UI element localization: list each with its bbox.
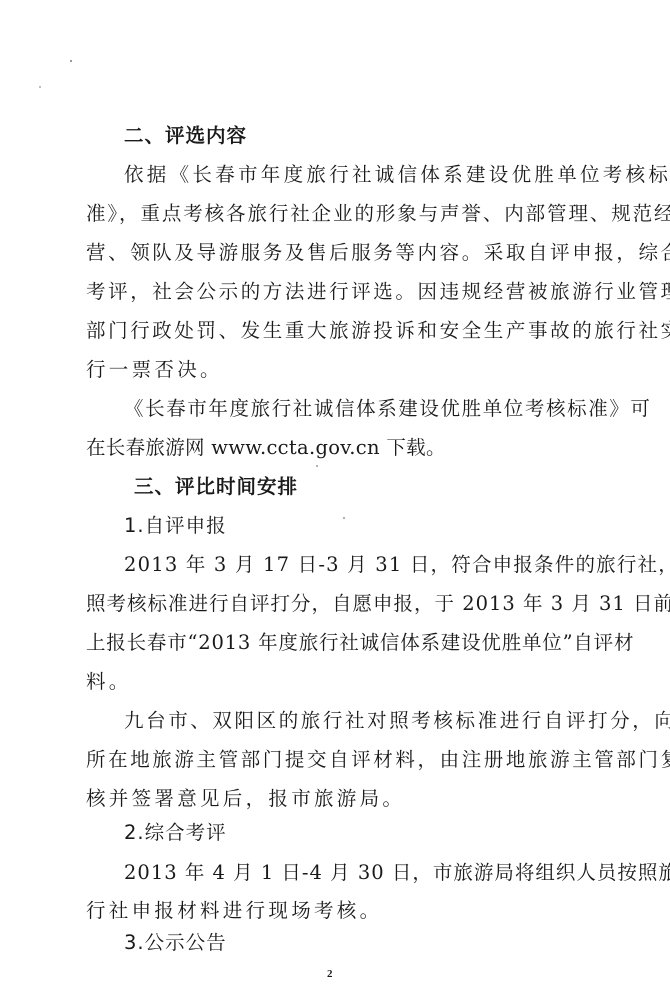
- scan-speck: [39, 86, 41, 88]
- paragraph-line: 《长春市年度旅行社诚信体系建设优胜单位考核标准》可: [124, 397, 652, 421]
- paragraph-line: 部门行政处罚、发生重大旅游投诉和安全生产事故的旅行社实: [86, 319, 670, 343]
- subsection-title: 1.自评申报: [124, 514, 227, 538]
- paragraph-line: 核并签署意见后，报市旅游局。: [86, 787, 405, 811]
- subsection-title: 3.公示公告: [124, 931, 227, 955]
- paragraph-line: 2013 年 4 月 1 日-4 月 30 日，市旅游局将组织人员按照旅: [124, 861, 670, 885]
- paragraph-line: 照考核标准进行自评打分，自愿申报，于 2013 年 3 月 31 日前: [86, 592, 670, 616]
- paragraph-line: 依据《长春市年度旅行社诚信体系建设优胜单位考核标: [124, 163, 670, 187]
- paragraph-line: 所在地旅游主管部门提交自评材料，由注册地旅游主管部门复: [86, 748, 670, 772]
- paragraph-line: 在长春旅游网 www.ccta.gov.cn 下载。: [86, 436, 446, 460]
- paragraph-line: 准》，重点考核各旅行社企业的形象与声誉、内部管理、规范经: [86, 202, 670, 226]
- paragraph-line: 考评，社会公示的方法进行评选。因违规经营被旅游行业管理: [86, 280, 670, 304]
- section-heading: 二、评选内容: [124, 124, 247, 148]
- paragraph-line: 行社申报材料进行现场考核。: [86, 899, 382, 923]
- page-number: 2: [327, 968, 333, 980]
- document-page: 二、评选内容 依据《长春市年度旅行社诚信体系建设优胜单位考核标 准》，重点考核各…: [0, 0, 670, 1000]
- paragraph-line: 九台市、双阳区的旅行社对照考核标准进行自评打分，向: [124, 709, 670, 733]
- scan-speck: [316, 465, 318, 467]
- section-heading: 三、评比时间安排: [134, 475, 298, 499]
- subsection-title: 2.综合考评: [124, 821, 227, 845]
- paragraph-line: 行一票否决。: [86, 358, 223, 382]
- paragraph-line: 营、领队及导游服务及售后服务等内容。采取自评申报，综合: [86, 241, 670, 265]
- scan-speck: [70, 60, 72, 62]
- paragraph-line: 2013 年 3 月 17 日-3 月 31 日，符合申报条件的旅行社，对: [124, 553, 670, 577]
- scan-speck: [343, 517, 345, 519]
- paragraph-line: 料。: [86, 670, 132, 694]
- paragraph-line: 上报长春市“2013 年度旅行社诚信体系建设优胜单位”自评材: [86, 631, 634, 655]
